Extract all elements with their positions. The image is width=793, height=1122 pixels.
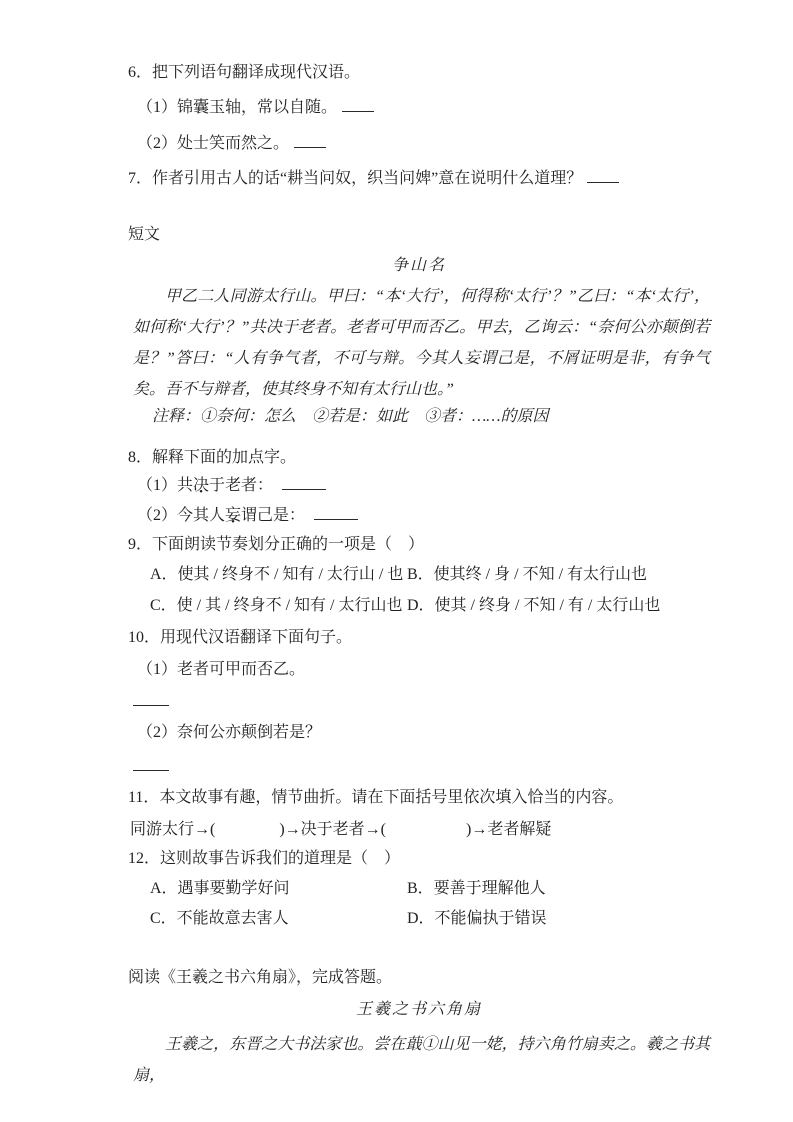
question-6-item-2-text: （2）处士笑而然之。: [137, 135, 289, 152]
answer-line: [133, 770, 169, 771]
question-7-text: 7．作者引用古人的话“耕当问奴，织当问婢”意在说明什么道理？: [128, 170, 582, 187]
dotted-character: 决: [193, 477, 209, 494]
answer-blank: [342, 99, 374, 112]
question-8-item-2-pre: （2）今其人: [137, 507, 225, 524]
question-9-option-d: D．使其 / 终身 / 不知 / 有 / 太行山也: [407, 595, 660, 617]
question-9-option-c: C．使 / 其 / 终身不 / 知有 / 太行山也: [150, 595, 402, 617]
question-11-label: 11．本文故事有趣，情节曲折。请在下面括号里依次填入恰当的内容。: [128, 787, 623, 809]
question-8-item-2: （2）今其人妄谓己是：: [137, 505, 358, 527]
passage-2-instruction: 阅读《王羲之书六角扇》，完成答题。: [128, 967, 392, 989]
question-12-option-d: D．不能偏执于错误: [407, 908, 547, 930]
answer-blank: [282, 477, 326, 490]
question-12-label: 12．这则故事告诉我们的道理是（ ）: [128, 848, 400, 870]
question-12-option-b: B．要善于理解他人: [407, 878, 546, 900]
question-6-item-1: （1）锦囊玉轴，常以自随。: [137, 97, 374, 119]
question-6-item-1-text: （1）锦囊玉轴，常以自随。: [137, 99, 337, 116]
question-9-option-a: A．使其 / 终身不 / 知有 / 太行山 / 也: [150, 564, 403, 586]
question-6-label: 6．把下列语句翻译成现代汉语。: [128, 62, 360, 84]
question-11-flow: 同游太行→( )→决于老者→( )→老者解疑: [130, 819, 551, 841]
answer-blank: [587, 170, 619, 183]
section-label: 短文: [128, 224, 160, 246]
question-8-label: 8．解释下面的加点字。: [128, 447, 296, 469]
dotted-character: 妄: [225, 507, 241, 524]
passage-1-body: 甲乙二人同游太行山。甲曰：“本‘大行’，何得称‘太行’？”乙曰：“本‘太行’，如…: [133, 281, 710, 405]
answer-blank: [314, 507, 358, 520]
question-9-option-b: B．使其终 / 身 / 不知 / 有太行山也: [407, 564, 647, 586]
question-9-label: 9．下面朗读节奏划分正确的一项是（ ）: [128, 534, 424, 556]
question-6-item-2: （2）处士笑而然之。: [137, 133, 326, 155]
answer-blank: [294, 135, 326, 148]
question-12-option-c: C．不能故意去害人: [150, 908, 289, 930]
passage-1-title: 争山名: [128, 255, 710, 277]
question-8-item-1: （1）共决于老者：: [137, 475, 326, 497]
question-10-item-1: （1）老者可甲而否乙。: [137, 659, 305, 681]
answer-line: [133, 705, 169, 706]
passage-1-notes: 注释：①奈何：怎么 ②若是：如此 ③者：……的原因: [152, 406, 548, 428]
question-8-item-1-pre: （1）共: [137, 477, 193, 494]
question-10-label: 10．用现代汉语翻译下面句子。: [128, 627, 352, 649]
passage-2-body: 王羲之，东晋之大书法家也。尝在蕺①山见一姥，持六角竹扇卖之。羲之书其扇，: [133, 1029, 710, 1091]
question-7: 7．作者引用古人的话“耕当问奴，织当问婢”意在说明什么道理？: [128, 168, 619, 190]
question-8-item-1-post: 于老者：: [209, 477, 273, 494]
question-10-item-2: （2）奈何公亦颠倒若是？: [137, 722, 321, 744]
worksheet-page: 6．把下列语句翻译成现代汉语。 （1）锦囊玉轴，常以自随。 （2）处士笑而然之。…: [0, 0, 793, 1122]
question-12-option-a: A．遇事要勤学好问: [150, 878, 290, 900]
question-8-item-2-post: 谓己是：: [241, 507, 305, 524]
passage-2-title: 王羲之书六角扇: [128, 999, 710, 1021]
